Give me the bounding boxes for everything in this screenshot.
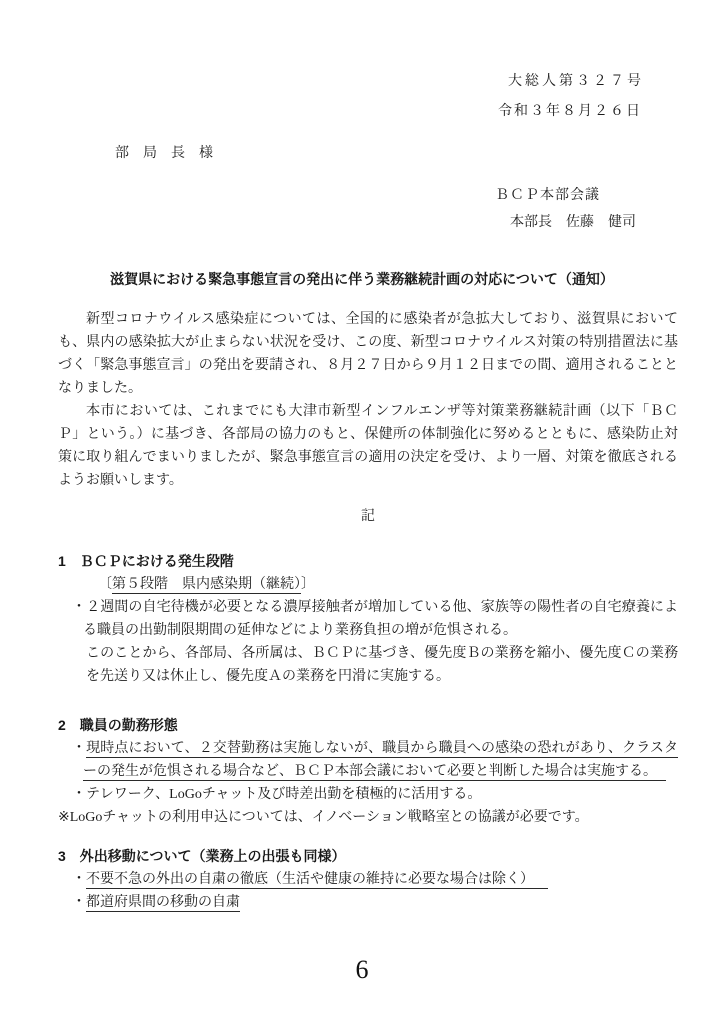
bullet-marker: ・	[72, 895, 86, 910]
body-paragraph-2: 本市においては、これまでにも大津市新型インフルエンザ等対策業務継続計画（以下「Ｂ…	[58, 400, 678, 492]
page-number: 6	[0, 955, 724, 985]
section-2-bullet-2: ・テレワーク、LoGoチャット及び時差出勤を積極的に活用する。	[72, 783, 678, 806]
document-page: 大総人第３２７号 令和３年８月２６日 部 局 長 様 ＢＣＰ本部会議 本部長 佐…	[0, 0, 724, 1024]
bullet-text: ２週間の自宅待機が必要となる濃厚接触者が増加している他、家族等の陽性者の自宅療養…	[83, 600, 678, 638]
section-1-bullet-1: ・２週間の自宅待機が必要となる濃厚接触者が増加している他、家族等の陽性者の自宅療…	[72, 596, 678, 642]
section-1-stage-label: 〔第５段階 県内感染期（継続）〕	[98, 573, 678, 596]
doc-body: 新型コロナウイルス感染症については、全国的に感染者が急拡大しており、滋賀県におい…	[58, 308, 678, 914]
section-3-heading: 3 外出移動について（業務上の出張も同様）	[58, 845, 678, 868]
bullet-marker: ・	[72, 787, 86, 802]
stage-bracket-close: 〕	[301, 577, 315, 592]
record-marker: 記	[58, 505, 678, 528]
bullet-marker: ・	[72, 872, 86, 887]
doc-title: 滋賀県における緊急事態宣言の発出に伴う業務継続計画の対応について（通知）	[0, 268, 724, 290]
stage-bracket-open: 〔	[98, 577, 112, 592]
bullet-text-underlined: 都道府県間の移動の自粛	[86, 895, 240, 912]
section-2-bullet-1: ・現時点において、２交替勤務は実施しないが、職員から職員への感染の恐れがあり、ク…	[72, 737, 678, 783]
section-2-note: ※LoGoチャットの利用申込については、イノベーション戦略室との協議が必要です。	[58, 806, 678, 829]
doc-number: 大総人第３２７号	[508, 70, 644, 90]
section-2-heading: 2 職員の勤務形態	[58, 714, 678, 737]
bullet-marker: ・	[72, 741, 86, 756]
bullet-text-underlined: 現時点において、２交替勤務は実施しないが、職員から職員への感染の恐れがあり、クラ…	[83, 741, 678, 781]
doc-date: 令和３年８月２６日	[498, 100, 642, 120]
sender-org: ＢＣＰ本部会議	[495, 184, 600, 204]
section-1-heading: 1 ＢＣＰにおける発生段階	[58, 550, 678, 573]
body-paragraph-1: 新型コロナウイルス感染症については、全国的に感染者が急拡大しており、滋賀県におい…	[58, 308, 678, 400]
section-1-paragraph: このことから、各部局、各所属は、ＢＣＰに基づき、優先度Ｂの業務を縮小、優先度Ｃの…	[86, 642, 678, 688]
bullet-marker: ・	[72, 600, 86, 615]
section-3-bullet-2: ・都道府県間の移動の自粛	[72, 891, 678, 914]
bullet-text-underlined: 不要不急の外出の自粛の徹底（生活や健康の維持に必要な場合は除く）	[86, 872, 548, 889]
section-3-bullet-1: ・不要不急の外出の自粛の徹底（生活や健康の維持に必要な場合は除く）	[72, 868, 678, 891]
stage-text-underlined: 第５段階 県内感染期（継続）	[112, 577, 301, 594]
bullet-text: テレワーク、LoGoチャット及び時差出勤を積極的に活用する。	[86, 787, 481, 802]
addressee: 部 局 長 様	[115, 142, 213, 162]
sender-name: 本部長 佐藤 健司	[510, 211, 636, 231]
